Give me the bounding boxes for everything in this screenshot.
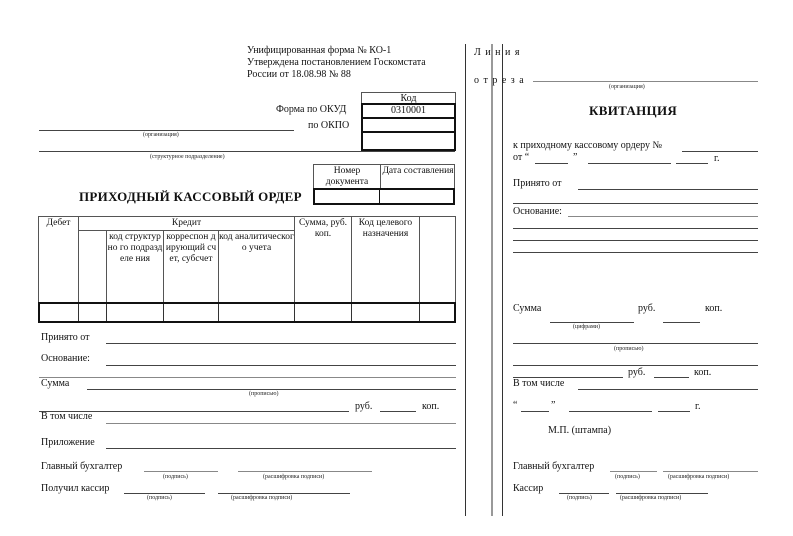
doc-date-field[interactable] [381, 190, 453, 203]
receipt-digits-caption: (цифрами) [573, 324, 600, 331]
basis-line-2[interactable] [39, 377, 456, 378]
order-title: ПРИХОДНЫЙ КАССОВЫЙ ОРДЕР [79, 189, 302, 205]
sum-words-line[interactable] [87, 389, 456, 390]
receipt-cashier-decoding-caption: (расшифровка подписи) [620, 495, 681, 502]
cashier-signature-line[interactable] [124, 493, 205, 494]
receipt-received-from-line-2[interactable] [513, 203, 758, 204]
credit-sub-analytical-code-text: код аналитическог о учета [219, 232, 294, 253]
okud-label: Форма по ОКУД [276, 104, 346, 115]
order-year-line[interactable] [676, 163, 708, 164]
order-month-line[interactable] [588, 163, 671, 164]
basis-label: Основание: [41, 353, 90, 364]
receipt-chief-decoding-line[interactable] [663, 471, 758, 472]
cashier-decoding-caption: (расшифровка подписи) [231, 495, 292, 502]
cut-line-left [465, 44, 466, 516]
last-cell[interactable] [420, 304, 454, 321]
credit-sub-corresponding-account: корреспон дирующий счет, субсчет [164, 232, 218, 265]
receipt-organization-caption: (организация) [609, 84, 645, 91]
cut-line-text-1: Л и н и я [474, 47, 520, 58]
department-code-field[interactable] [361, 131, 456, 151]
receipt-cashier-label: Кассир [513, 483, 543, 494]
credit-sub-structural-unit: код структурно го подразделе ния [107, 232, 163, 265]
doc-number-field[interactable] [315, 190, 380, 203]
department-line[interactable] [39, 151, 455, 152]
purpose-code-cell[interactable] [352, 304, 419, 321]
okud-value: 0310001 [363, 105, 454, 116]
cut-line-right [502, 44, 503, 516]
main-table-row [38, 302, 456, 323]
to-order-label: к приходному кассовому ордеру № [513, 140, 662, 151]
kop-line[interactable] [380, 411, 416, 412]
structural-unit-cell[interactable] [107, 304, 163, 321]
receipt-sum-digits-line[interactable] [550, 322, 634, 323]
chief-accountant-signature-caption: (подпись) [163, 474, 188, 481]
including-label: В том числе [41, 411, 92, 422]
sum-cell[interactable] [295, 304, 351, 321]
credit-cell-1[interactable] [79, 304, 106, 321]
including-line[interactable] [106, 423, 456, 424]
form-approval-line3: России от 18.08.98 № 88 [247, 69, 351, 80]
doc-table-header: Номер документа Дата составления [313, 164, 455, 189]
receipt-chief-decoding-caption: (расшифровка подписи) [668, 474, 729, 481]
receipt-basis-line-2[interactable] [513, 228, 758, 229]
receipt-chief-accountant-label: Главный бухгалтер [513, 461, 594, 472]
receipt-sum-words-line[interactable] [513, 343, 758, 344]
receipt-month-line[interactable] [569, 411, 652, 412]
chief-accountant-decoding-caption: (расшифровка подписи) [263, 474, 324, 481]
debit-header: Дебет [39, 218, 78, 229]
receipt-basis-line-4[interactable] [513, 252, 758, 253]
cashier-label: Получил кассир [41, 483, 109, 494]
attachment-label: Приложение [41, 437, 95, 448]
receipt-kop-label-2: коп. [694, 367, 711, 378]
doc-number-header: Номер документа [314, 166, 380, 188]
order-number-line[interactable] [682, 151, 758, 152]
receipt-basis-line[interactable] [568, 216, 758, 217]
chief-accountant-signature-line[interactable] [144, 471, 218, 472]
receipt-day-line[interactable] [521, 411, 549, 412]
form-code-line1: Унифицированная форма № КО-1 [247, 45, 391, 56]
receipt-kop-line-2[interactable] [654, 377, 689, 378]
order-day-line[interactable] [535, 163, 568, 164]
receipt-chief-signature-line[interactable] [610, 471, 657, 472]
organization-caption: (организация) [143, 132, 179, 139]
receipt-date-close: ” [551, 400, 555, 411]
receipt-title: КВИТАНЦИЯ [589, 103, 677, 119]
from-label: от “ [513, 152, 529, 163]
sum-words-caption: (прописью) [249, 391, 279, 398]
credit-header: Кредит [79, 218, 294, 229]
main-table-header: Дебет Кредит код структурно го подраздел… [38, 216, 456, 302]
receipt-sum-label: Сумма [513, 303, 541, 314]
cashier-signature-caption: (подпись) [147, 495, 172, 502]
receipt-chief-signature-caption: (подпись) [615, 474, 640, 481]
order-year-label: г. [714, 153, 719, 164]
receipt-basis-label: Основание: [513, 206, 562, 217]
okpo-label: по ОКПО [308, 120, 349, 131]
organization-line[interactable] [39, 130, 294, 131]
credit-sub-structural-unit-text: код структурно го подразделе ния [108, 232, 163, 264]
receipt-cashier-decoding-line[interactable] [616, 493, 708, 494]
department-caption: (структурное подразделение) [150, 154, 225, 161]
stamp-label: М.П. (штампа) [548, 425, 611, 436]
doc-table-row [313, 188, 455, 205]
receipt-received-from-label: Принято от [513, 178, 562, 189]
form-approval-line2: Утверждена постановлением Госкомстата [247, 57, 426, 68]
receipt-date-open: “ [513, 400, 517, 411]
code-header-cell: Код [361, 92, 456, 103]
receipt-cashier-signature-caption: (подпись) [567, 495, 592, 502]
purpose-code-header: Код целевого назначения [352, 218, 419, 240]
cut-line-center [491, 44, 493, 516]
receipt-kop-label: коп. [705, 303, 722, 314]
doc-date-header: Дата составления [381, 166, 455, 177]
credit-sub-corresponding-account-text: корреспон дирующий счет, субсчет [166, 232, 216, 264]
receipt-kop-digits-line[interactable] [663, 322, 700, 323]
receipt-sum-words-line-2[interactable] [513, 365, 758, 366]
receipt-cashier-signature-line[interactable] [559, 493, 609, 494]
chief-accountant-label: Главный бухгалтер [41, 461, 122, 472]
receipt-year-line[interactable] [658, 411, 690, 412]
analytical-code-cell[interactable] [219, 304, 294, 321]
receipt-year-label: г. [695, 401, 700, 412]
receipt-rub-label-2: руб. [628, 367, 645, 378]
received-from-line[interactable] [106, 343, 456, 344]
receipt-including-line[interactable] [578, 389, 758, 390]
sum-label: Сумма [41, 378, 69, 389]
receipt-organization-line[interactable] [533, 81, 758, 82]
corresponding-account-cell[interactable] [164, 304, 218, 321]
cut-line-text-2: о т р е з а [474, 75, 525, 86]
rub-label: руб. [355, 401, 372, 412]
receipt-words-caption: (прописью) [614, 346, 644, 353]
attachment-line[interactable] [106, 448, 456, 449]
from-quote-close: ” [573, 152, 577, 163]
sum-header: Сумма, руб. коп. [295, 218, 351, 240]
credit-sub-analytical-code: код аналитическог о учета [219, 232, 294, 254]
received-from-label: Принято от [41, 332, 90, 343]
cashier-decoding-line[interactable] [218, 493, 350, 494]
receipt-received-from-line[interactable] [578, 189, 758, 190]
chief-accountant-decoding-line[interactable] [238, 471, 372, 472]
receipt-rub-label: руб. [638, 303, 655, 314]
kop-label: коп. [422, 401, 439, 412]
basis-line[interactable] [106, 365, 456, 366]
receipt-including-label: В том числе [513, 378, 564, 389]
receipt-basis-line-3[interactable] [513, 240, 758, 241]
debit-cell[interactable] [40, 304, 77, 321]
